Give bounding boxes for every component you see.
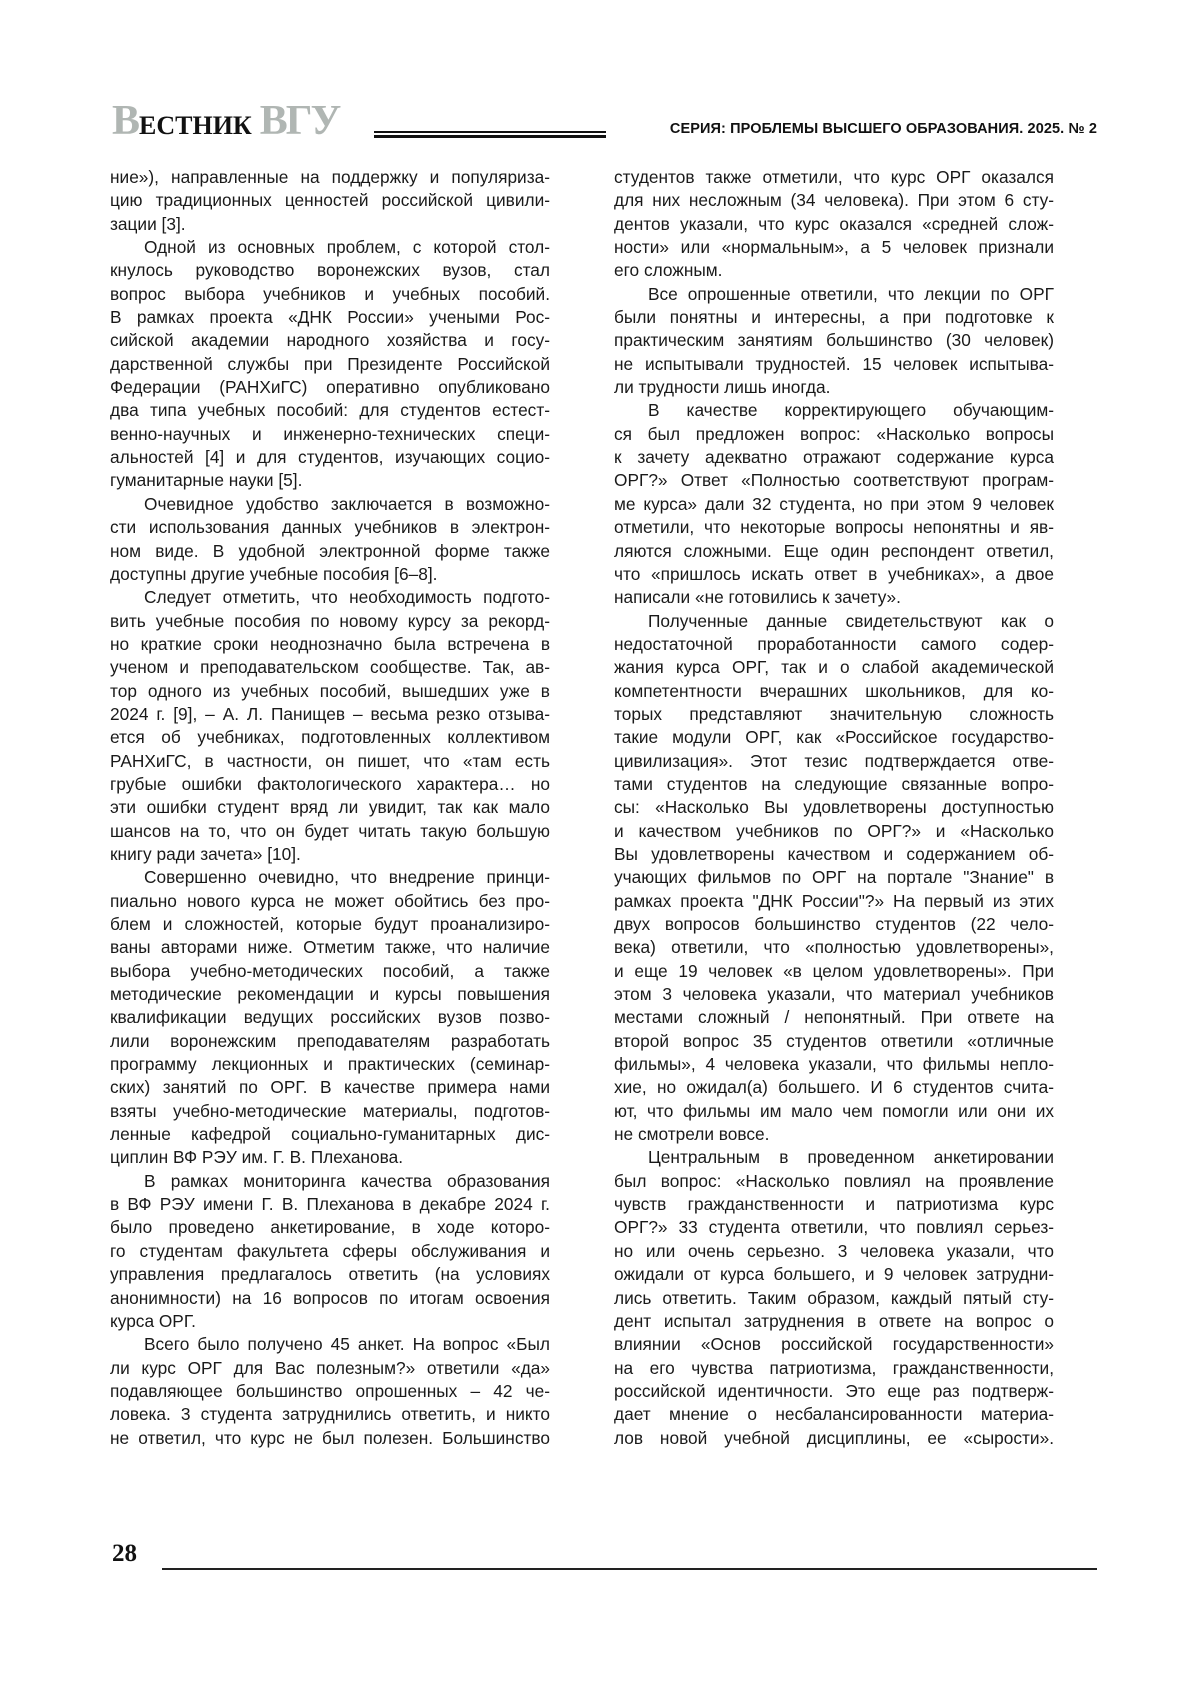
text-line: компетентности вчерашних школьников, для… — [614, 680, 1054, 703]
text-line: Вы удовлетворены качеством и содержанием… — [614, 843, 1054, 866]
text-line: циплин ВФ РЭУ им. Г. В. Плеханова. — [110, 1146, 550, 1169]
text-line: ОРГ?» Ответ «Полностью соответствуют про… — [614, 469, 1054, 492]
logo-vgu: ВГУ — [260, 98, 340, 144]
text-line: ном виде. В удобной электронной форме та… — [110, 540, 550, 563]
text-line: и качеством учебников по ОРГ?» и «Наскол… — [614, 820, 1054, 843]
text-line: влиянии «Основ российской государственно… — [614, 1333, 1054, 1356]
text-line: Центральным в проведенном анкетировании — [614, 1146, 1054, 1169]
text-line: ся был предложен вопрос: «Насколько вопр… — [614, 423, 1054, 446]
journal-logo: ВЕСТНИКВГУ — [112, 100, 339, 142]
text-line: сы: «Насколько Вы удовлетворены доступно… — [614, 796, 1054, 819]
text-line: Одной из основных проблем, с которой сто… — [110, 236, 550, 259]
text-line: для них несложным (34 человека). При это… — [614, 189, 1054, 212]
text-line: В рамках проекта «ДНК России» учеными Ро… — [110, 306, 550, 329]
text-line: ученом и преподавательском сообществе. Т… — [110, 656, 550, 679]
text-line: лили воронежским преподавателям разработ… — [110, 1030, 550, 1053]
text-line: второй вопрос 35 студентов ответили «отл… — [614, 1030, 1054, 1053]
text-line: зации [3]. — [110, 213, 550, 236]
page-number: 28 — [112, 1540, 137, 1568]
text-line: написали «не готовились к зачету». — [614, 586, 1054, 609]
text-line: сти использования данных учебников в эле… — [110, 516, 550, 539]
text-line: Очевидное удобство заключается в возможн… — [110, 493, 550, 516]
text-line: блем и сложностей, которые будут проанал… — [110, 913, 550, 936]
text-line: гуманитарные науки [5]. — [110, 469, 550, 492]
text-line: книгу ради зачета» [10]. — [110, 843, 550, 866]
text-line: Федерации (РАНХиГС) оперативно опубликов… — [110, 376, 550, 399]
text-line: российской идентичности. Это еще раз под… — [614, 1380, 1054, 1403]
text-line: ляются сложными. Еще один респондент отв… — [614, 540, 1054, 563]
text-line: века) ответили, что «полностью удовлетво… — [614, 936, 1054, 959]
text-line: но краткие сроки неоднозначно была встре… — [110, 633, 550, 656]
text-line: было проведено анкетирование, в ходе кот… — [110, 1216, 550, 1239]
text-line: методические рекомендации и курсы повыше… — [110, 983, 550, 1006]
text-line: альностей [4] и для студентов, изучающих… — [110, 446, 550, 469]
page-footer: 28 — [112, 1540, 1097, 1576]
logo-word: ЕСТНИК — [139, 111, 252, 140]
text-line: дентов указали, что курс оказался «средн… — [614, 213, 1054, 236]
text-line: торых представляют значительную сложност… — [614, 703, 1054, 726]
text-line: его сложным. — [614, 259, 1054, 282]
text-line: РАНХиГС, в частности, он пишет, что «там… — [110, 750, 550, 773]
text-line: ли курс ОРГ для Вас полезным?» ответили … — [110, 1357, 550, 1380]
text-line: венно-научных и инженерно-технических сп… — [110, 423, 550, 446]
text-line: студентов также отметили, что курс ОРГ о… — [614, 166, 1054, 189]
text-line: программу лекционных и практических (сем… — [110, 1053, 550, 1076]
text-line: тор одного из учебных пособий, вышедших … — [110, 680, 550, 703]
text-line: Все опрошенные ответили, что лекции по О… — [614, 283, 1054, 306]
text-line: и еще 19 человек «в целом удовлетворены»… — [614, 960, 1054, 983]
text-line: местами сложный / непонятный. При ответе… — [614, 1006, 1054, 1029]
text-line: квалификации ведущих российских вузов по… — [110, 1006, 550, 1029]
text-line: шансов на то, что он будет читать такую … — [110, 820, 550, 843]
text-line: дарственной службы при Президенте Россий… — [110, 353, 550, 376]
series-title: СЕРИЯ: ПРОБЛЕМЫ ВЫСШЕГО ОБРАЗОВАНИЯ. 202… — [670, 121, 1097, 137]
text-line: не смотрели вовсе. — [614, 1123, 1054, 1146]
footer-rule — [162, 1568, 1097, 1570]
text-line: ют, что фильмы им мало чем помогли или о… — [614, 1100, 1054, 1123]
text-line: ется об учебниках, подготовленных коллек… — [110, 726, 550, 749]
text-line: ли трудности лишь иногда. — [614, 376, 1054, 399]
text-line: жания курса ОРГ, так и о слабой академич… — [614, 656, 1054, 679]
text-line: сийской академии народного хозяйства и г… — [110, 329, 550, 352]
text-line: подавляющее большинство опрошенных – 42 … — [110, 1380, 550, 1403]
text-line: ОРГ?» 33 студента ответили, что повлиял … — [614, 1216, 1054, 1239]
text-line: цию традиционных ценностей российской ци… — [110, 189, 550, 212]
text-line: двух вопросов большинство студентов (22 … — [614, 913, 1054, 936]
text-line: доступны другие учебные пособия [6–8]. — [110, 563, 550, 586]
text-line: Всего было получено 45 анкет. На вопрос … — [110, 1333, 550, 1356]
text-line: лов новой учебной дисциплины, ее «сырост… — [614, 1427, 1054, 1450]
text-line: ности» или «нормальным», а 5 человек при… — [614, 236, 1054, 259]
text-line: к зачету адекватно отражают содержание к… — [614, 446, 1054, 469]
running-header: ВЕСТНИКВГУ СЕРИЯ: ПРОБЛЕМЫ ВЫСШЕГО ОБРАЗ… — [112, 100, 1097, 142]
text-line: кнулось руководство воронежских вузов, с… — [110, 259, 550, 282]
text-line: взяты учебно-методические материалы, под… — [110, 1100, 550, 1123]
text-line: этом 3 человека указали, что материал уч… — [614, 983, 1054, 1006]
logo-initial: В — [112, 98, 139, 144]
text-line: В качестве корректирующего обучающим- — [614, 399, 1054, 422]
text-line: В рамках мониторинга качества образовани… — [110, 1170, 550, 1193]
header-double-rule — [374, 131, 606, 138]
text-line: были понятны и интересны, а при подготов… — [614, 306, 1054, 329]
text-line: выбора учебно-методических пособий, а та… — [110, 960, 550, 983]
left-column: ние»), направленные на поддержку и попул… — [110, 166, 550, 1450]
text-line: вопрос выбора учебников и учебных пособи… — [110, 283, 550, 306]
text-line: не ответил, что курс не был полезен. Бол… — [110, 1427, 550, 1450]
text-line: рамках проекта "ДНК России"?» На первый … — [614, 890, 1054, 913]
text-line: дент испытал затруднения в ответе на воп… — [614, 1310, 1054, 1333]
text-line: фильмы», 4 человека указали, что фильмы … — [614, 1053, 1054, 1076]
text-line: цивилизация». Этот тезис подтверждается … — [614, 750, 1054, 773]
text-line: на его чувства патриотизма, гражданствен… — [614, 1357, 1054, 1380]
text-line: грубые ошибки фактологического характера… — [110, 773, 550, 796]
text-line: управления предлагалось ответить (на усл… — [110, 1263, 550, 1286]
text-line: практическим занятиям большинство (30 че… — [614, 329, 1054, 352]
text-line: Полученные данные свидетельствуют как о — [614, 610, 1054, 633]
text-line: пиально нового курса не может обойтись б… — [110, 890, 550, 913]
text-line: ние»), направленные на поддержку и попул… — [110, 166, 550, 189]
text-line: курса ОРГ. — [110, 1310, 550, 1333]
text-line: вить учебные пособия по новому курсу за … — [110, 610, 550, 633]
text-line: отметили, что некоторые вопросы непонятн… — [614, 516, 1054, 539]
text-line: ленные кафедрой социально-гуманитарных д… — [110, 1123, 550, 1146]
text-line: дает мнение о несбалансированности матер… — [614, 1403, 1054, 1426]
text-line: не испытывали трудностей. 15 человек исп… — [614, 353, 1054, 376]
text-line: в ВФ РЭУ имени Г. В. Плеханова в декабре… — [110, 1193, 550, 1216]
text-line: чувств гражданственности и патриотизма к… — [614, 1193, 1054, 1216]
text-line: тами студентов на следующие связанные во… — [614, 773, 1054, 796]
text-line: го студентам факультета сферы обслуживан… — [110, 1240, 550, 1263]
text-line: Совершенно очевидно, что внедрение принц… — [110, 866, 550, 889]
text-line: но или очень серьезно. 3 человека указал… — [614, 1240, 1054, 1263]
text-line: два типа учебных пособий: для студентов … — [110, 399, 550, 422]
text-line: анонимности) на 16 вопросов по итогам ос… — [110, 1287, 550, 1310]
text-line: был вопрос: «Насколько повлиял на проявл… — [614, 1170, 1054, 1193]
text-line: Следует отметить, что необходимость подг… — [110, 586, 550, 609]
text-line: 2024 г. [9], – А. Л. Панищев – весьма ре… — [110, 703, 550, 726]
text-line: ских) занятий по ОРГ. В качестве примера… — [110, 1076, 550, 1099]
text-line: недостаточной проработанности самого сод… — [614, 633, 1054, 656]
right-column: студентов также отметили, что курс ОРГ о… — [614, 166, 1054, 1450]
text-line: такие модули ОРГ, как «Российское госуда… — [614, 726, 1054, 749]
text-line: ваны авторами ниже. Отметим также, что н… — [110, 936, 550, 959]
text-line: ожидали от курса большего, и 9 человек з… — [614, 1263, 1054, 1286]
text-line: учающих фильмов по ОРГ на портале "Знани… — [614, 866, 1054, 889]
text-line: что «пришлось искать ответ в учебниках»,… — [614, 563, 1054, 586]
text-line: хие, но ожидал(а) большего. И 6 студенто… — [614, 1076, 1054, 1099]
text-line: лись ответить. Таким образом, каждый пят… — [614, 1287, 1054, 1310]
text-line: эти ошибки студент вряд ли увидит, так к… — [110, 796, 550, 819]
text-line: ме курса» дали 32 студента, но при этом … — [614, 493, 1054, 516]
text-line: ловека. 3 студента затруднились ответить… — [110, 1403, 550, 1426]
